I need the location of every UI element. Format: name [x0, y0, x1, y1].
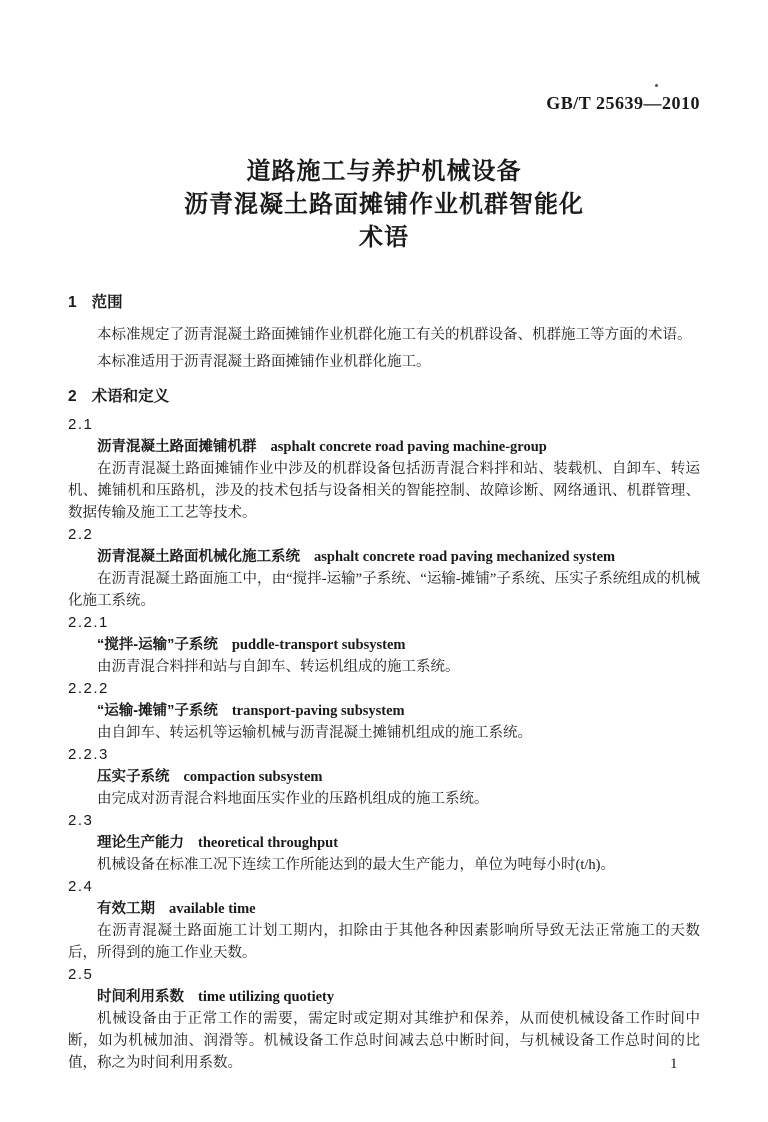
term-heading: 沥青混凝土路面摊铺机群asphalt concrete road paving …: [97, 436, 700, 458]
term-definition: 机械设备在标准工况下连续工作所能达到的最大生产能力，单位为吨每小时(t/h)。: [68, 854, 700, 876]
term-block-2-4: 2.4 有效工期available time 在沥青混凝土路面施工计划工期内，扣…: [68, 876, 700, 964]
terms-list: 2.1 沥青混凝土路面摊铺机群asphalt concrete road pav…: [68, 414, 700, 1074]
term-number: 2.5: [68, 964, 700, 986]
section-1-heading: 1范围: [68, 293, 700, 313]
section-2-number: 2: [68, 387, 77, 407]
scope-paragraph-1: 本标准规定了沥青混凝土路面摊铺作业机群化施工有关的机群设备、机群施工等方面的术语…: [68, 322, 700, 349]
term-heading: 理论生产能力theoretical throughput: [97, 832, 700, 854]
page-number: 1: [670, 1056, 678, 1073]
term-zh: 时间利用系数: [97, 989, 184, 1005]
term-block-2-2: 2.2 沥青混凝土路面机械化施工系统asphalt concrete road …: [68, 524, 700, 612]
term-number: 2.4: [68, 876, 700, 898]
standard-number: GB/T 25639—2010: [68, 0, 700, 113]
section-2-heading: 2术语和定义: [68, 387, 700, 407]
term-heading: 时间利用系数time utilizing quotiety: [97, 986, 700, 1008]
term-number: 2.2: [68, 524, 700, 546]
term-heading: “搅拌-运输”子系统puddle-transport subsystem: [97, 634, 700, 656]
term-en: transport-paving subsystem: [232, 703, 405, 719]
term-zh: 压实子系统: [97, 769, 170, 785]
term-definition: 机械设备由于正常工作的需要，需定时或定期对其维护和保养，从而使机械设备工作时间中…: [68, 1008, 700, 1074]
term-heading: 压实子系统compaction subsystem: [97, 766, 700, 788]
term-zh: 有效工期: [97, 901, 155, 917]
term-definition: 在沥青混凝土路面摊铺作业中涉及的机群设备包括沥青混合料拌和站、装载机、自卸车、转…: [68, 458, 700, 524]
section-2-title: 术语和定义: [92, 388, 170, 405]
term-definition: 由自卸车、转运机等运输机械与沥青混凝土摊铺机组成的施工系统。: [68, 722, 700, 744]
section-1-title: 范围: [92, 294, 123, 311]
term-block-2-2-1: 2.2.1 “搅拌-运输”子系统puddle-transport subsyst…: [68, 612, 700, 678]
title-line-3: 术语: [68, 221, 700, 254]
term-en: time utilizing quotiety: [198, 989, 334, 1005]
term-en: asphalt concrete road paving mechanized …: [314, 549, 615, 565]
term-en: asphalt concrete road paving machine-gro…: [271, 439, 547, 455]
term-en: available time: [169, 901, 256, 917]
term-block-2-1: 2.1 沥青混凝土路面摊铺机群asphalt concrete road pav…: [68, 414, 700, 524]
term-block-2-5: 2.5 时间利用系数time utilizing quotiety 机械设备由于…: [68, 964, 700, 1074]
term-block-2-2-2: 2.2.2 “运输-摊铺”子系统transport-paving subsyst…: [68, 678, 700, 744]
term-heading: 有效工期available time: [97, 898, 700, 920]
term-number: 2.2.3: [68, 744, 700, 766]
term-en: puddle-transport subsystem: [232, 637, 406, 653]
section-1-number: 1: [68, 293, 77, 313]
page-content: GB/T 25639—2010 道路施工与养护机械设备 沥青混凝土路面摊铺作业机…: [68, 0, 700, 1074]
term-zh: 沥青混凝土路面摊铺机群: [97, 439, 257, 455]
title-line-1: 道路施工与养护机械设备: [68, 155, 700, 188]
term-block-2-3: 2.3 理论生产能力theoretical throughput 机械设备在标准…: [68, 810, 700, 876]
term-heading: 沥青混凝土路面机械化施工系统asphalt concrete road pavi…: [97, 546, 700, 568]
term-definition: 由沥青混合料拌和站与自卸车、转运机组成的施工系统。: [68, 656, 700, 678]
term-zh: “搅拌-运输”子系统: [97, 637, 218, 653]
term-definition: 由完成对沥青混合料地面压实作业的压路机组成的施工系统。: [68, 788, 700, 810]
scope-paragraph-2: 本标准适用于沥青混凝土路面摊铺作业机群化施工。: [68, 349, 700, 376]
term-zh: “运输-摊铺”子系统: [97, 703, 218, 719]
term-zh: 沥青混凝土路面机械化施工系统: [97, 549, 300, 565]
term-definition: 在沥青混凝土路面施工计划工期内，扣除由于其他各种因素影响所导致无法正常施工的天数…: [68, 920, 700, 964]
term-en: theoretical throughput: [198, 835, 338, 851]
term-number: 2.3: [68, 810, 700, 832]
term-number: 2.1: [68, 414, 700, 436]
term-number: 2.2.1: [68, 612, 700, 634]
term-number: 2.2.2: [68, 678, 700, 700]
document-title: 道路施工与养护机械设备 沥青混凝土路面摊铺作业机群智能化 术语: [68, 155, 700, 254]
title-line-2: 沥青混凝土路面摊铺作业机群智能化: [68, 188, 700, 221]
term-definition: 在沥青混凝土路面施工中，由“搅拌-运输”子系统、“运输-摊铺”子系统、压实子系统…: [68, 568, 700, 612]
term-heading: “运输-摊铺”子系统transport-paving subsystem: [97, 700, 700, 722]
term-zh: 理论生产能力: [97, 835, 184, 851]
document-page: GB/T 25639—2010 道路施工与养护机械设备 沥青混凝土路面摊铺作业机…: [0, 0, 768, 1122]
term-block-2-2-3: 2.2.3 压实子系统compaction subsystem 由完成对沥青混合…: [68, 744, 700, 810]
section-1-body: 本标准规定了沥青混凝土路面摊铺作业机群化施工有关的机群设备、机群施工等方面的术语…: [68, 322, 700, 376]
term-en: compaction subsystem: [184, 769, 323, 785]
